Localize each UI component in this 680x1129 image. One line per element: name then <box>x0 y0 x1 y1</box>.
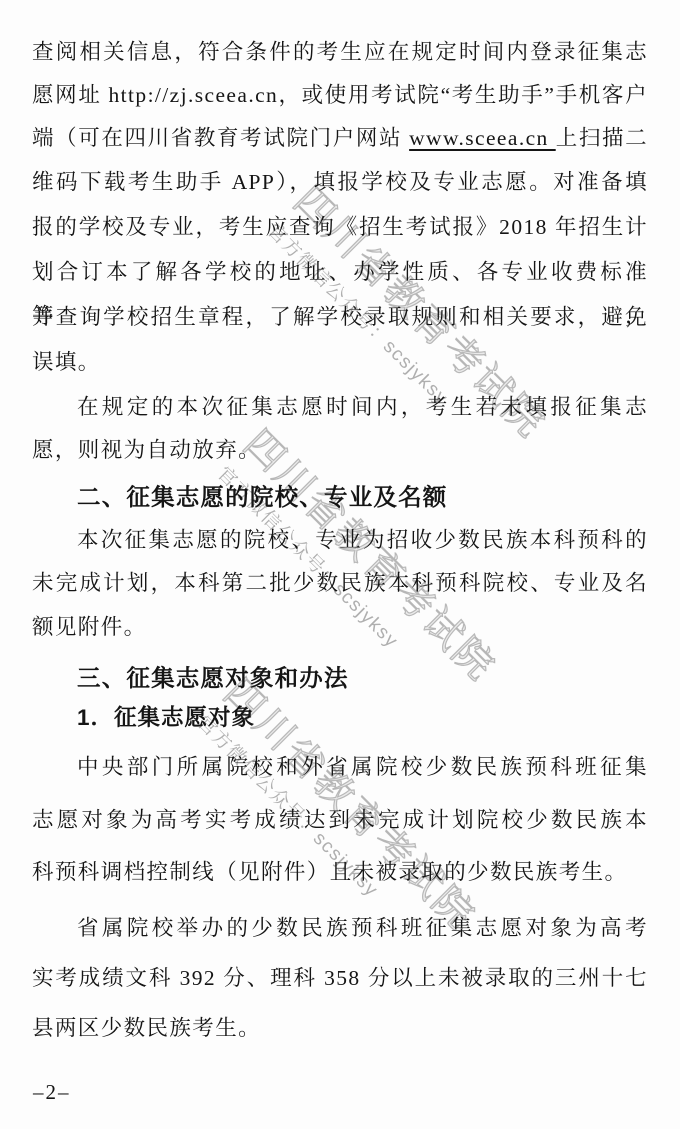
body-line: 省属院校举办的少数民族预科班征集志愿对象为高考 <box>32 906 648 950</box>
body-line: 查阅相关信息，符合条件的考生应在规定时间内登录征集志 <box>32 30 648 74</box>
body-line: 报的学校及专业，考生应查询《招生考试报》2018 年招生计 <box>32 205 648 249</box>
portal-website-url: www.sceea.cn <box>409 126 556 150</box>
body-line: 志愿对象为高考实考成绩达到未完成计划院校少数民族本 <box>32 798 648 842</box>
body-line-text: 端（可在四川省教育考试院门户网站 <box>32 126 409 150</box>
body-line: 划合订本了解各学校的地址、办学性质、各专业收费标准等， <box>32 250 648 294</box>
document-page: 四川省教育考试院 官方微信公众号：scsjyksy 四川省教育考试院 官方微信公… <box>0 0 680 1129</box>
body-line: 中央部门所属院校和外省属院校少数民族预科班征集 <box>32 745 648 789</box>
body-line: 愿网址 http://zj.sceea.cn，或使用考试院“考生助手”手机客户 <box>32 73 648 117</box>
body-line: 在规定的本次征集志愿时间内，考生若未填报征集志 <box>32 385 648 429</box>
page-number: –2– <box>33 1072 71 1112</box>
body-line: 愿，则视为自动放弃。 <box>32 428 648 472</box>
body-line: 未完成计划，本科第二批少数民族本科预科院校、专业及名 <box>32 561 648 605</box>
body-line: 县两区少数民族考生。 <box>32 1006 648 1050</box>
body-line: 端（可在四川省教育考试院门户网站 www.sceea.cn 上扫描二 <box>32 116 648 160</box>
body-line-text: 上扫描二 <box>556 126 648 150</box>
section-heading-3: 三、征集志愿对象和办法 <box>32 656 648 700</box>
body-line: 科预科调档控制线（见附件）且未被录取的少数民族考生。 <box>32 850 648 894</box>
body-line: 实考成绩文科 392 分、理科 358 分以上未被录取的三州十七 <box>32 956 648 1000</box>
body-line: 误填。 <box>32 340 648 384</box>
body-line: 并查询学校招生章程，了解学校录取规则和相关要求，避免 <box>32 295 648 339</box>
body-line: 额见附件。 <box>32 605 648 649</box>
body-line: 维码下载考生助手 APP），填报学校及专业志愿。对准备填 <box>32 160 648 204</box>
section-heading-2: 二、征集志愿的院校、专业及名额 <box>32 475 648 519</box>
body-line: 本次征集志愿的院校、专业为招收少数民族本科预科的 <box>32 518 648 562</box>
section-3-item-1-heading: 1．征集志愿对象 <box>32 696 648 740</box>
